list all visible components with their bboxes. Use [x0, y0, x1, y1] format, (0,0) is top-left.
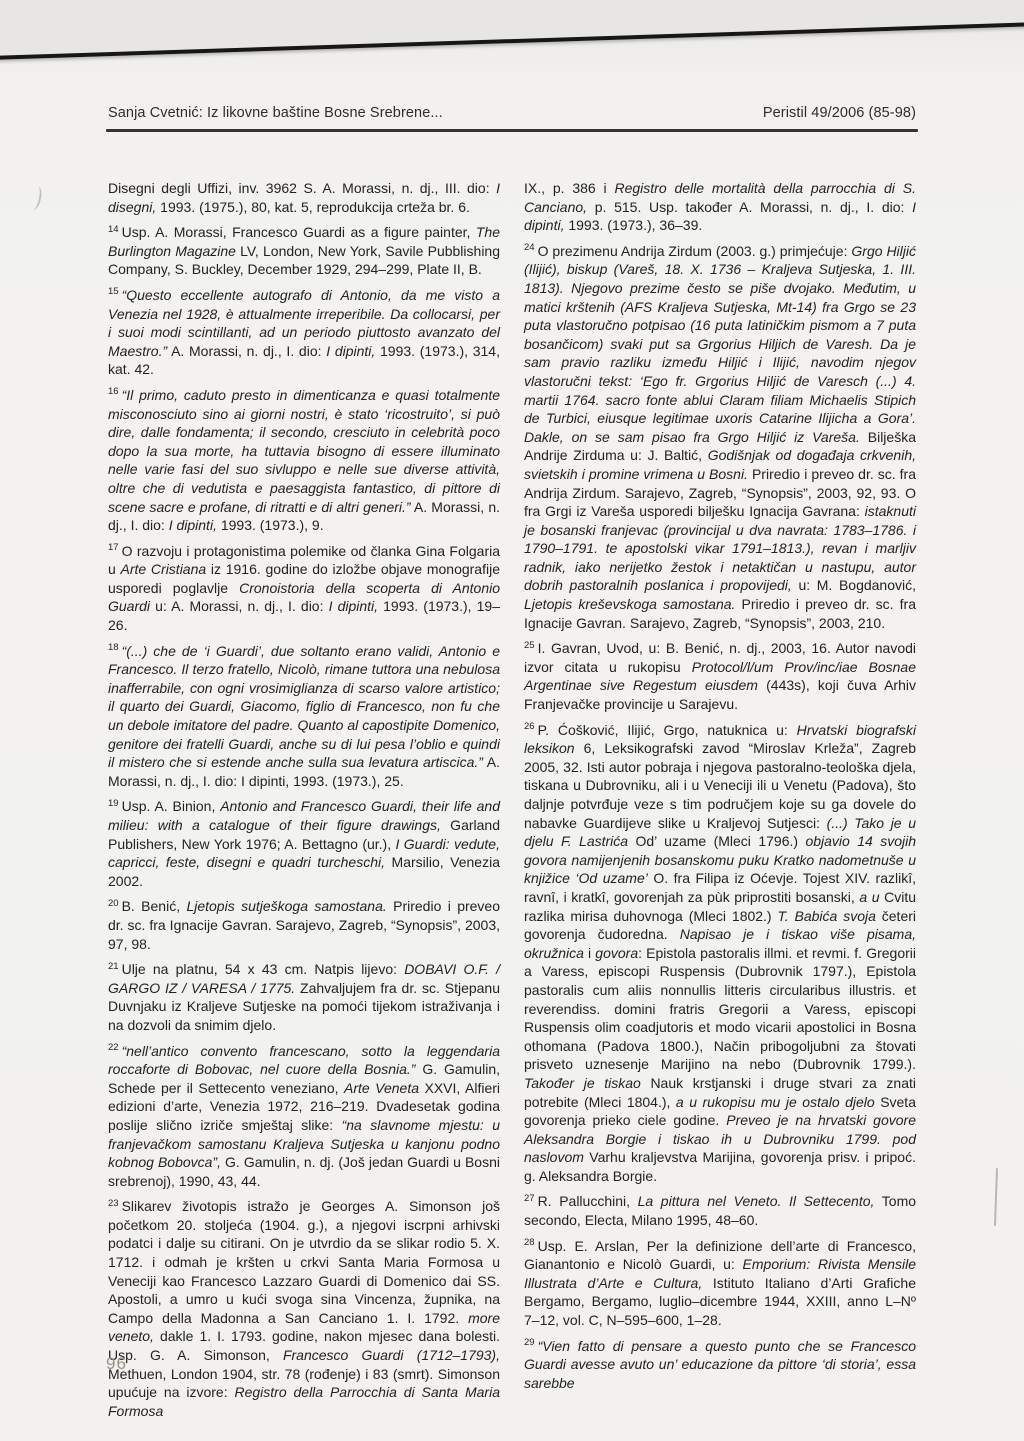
- footnote-text: 1993. (1975.), 80, kat. 5, reprodukcija …: [156, 199, 470, 215]
- footnote-29: 29“Vien fatto di pensare a questo punto …: [524, 1337, 916, 1393]
- footnote-number: 18: [108, 642, 119, 653]
- footnote-text-italic: La pittura nel Veneto. Il Settecento,: [638, 1193, 875, 1209]
- footnote-21: 21Ulje na platnu, 54 x 43 cm. Natpis lij…: [108, 960, 500, 1034]
- scan-edge-artifact: [0, 0, 1024, 60]
- footnote-text: : Epistola pastoralis illmi. et revmi. f…: [524, 945, 916, 1073]
- footnote-15: 15“Questo eccellente autografo di Antoni…: [108, 286, 500, 379]
- left-column: Disegni degli Uffizi, inv. 3962 S. A. Mo…: [108, 179, 500, 1427]
- footnote-text: u: M. Bogdanović,: [792, 577, 916, 593]
- footnote-number: 21: [108, 961, 119, 972]
- footnote-19: 19Usp. A. Binion, Antonio and Francesco …: [108, 797, 500, 890]
- footnote-number: 26: [524, 721, 535, 732]
- footnote-text-italic: Francesco Guardi (1712–1793),: [283, 1347, 500, 1363]
- footnote-14: 14Usp. A. Morassi, Francesco Guardi as a…: [108, 223, 500, 279]
- footnote-28: 28Usp. E. Arslan, Per la definizione del…: [524, 1237, 916, 1330]
- footnote-27: 27R. Pallucchini, La pittura nel Veneto.…: [524, 1192, 916, 1229]
- footnote-number: 29: [524, 1337, 535, 1348]
- footnote-number: 16: [108, 386, 119, 397]
- footnote-text-italic: Arte Veneta: [344, 1080, 419, 1096]
- footnote-text-italic: govora: [595, 945, 638, 961]
- footnote-text: u: A. Morassi, n. dj., I. dio:: [150, 598, 329, 614]
- footnote-text-italic: a u rukopisu mu je ostalo djelo: [676, 1094, 875, 1110]
- footnote-text-italic: Također je tiskao: [524, 1075, 641, 1091]
- footnote-18: 18“(...) che de ‘i Guardi’, due soltanto…: [108, 642, 500, 791]
- footnote-text: B. Benić,: [122, 898, 187, 914]
- paper-crease-artifact: [994, 1168, 998, 1226]
- footnote-number: 19: [108, 798, 119, 809]
- footnote-number: 23: [108, 1198, 119, 1209]
- scanned-journal-page: Sanja Cvetnić: Iz likovne baštine Bosne …: [0, 0, 1024, 1441]
- footnote-24: 24O prezimenu Andrija Zirdum (2003. g.) …: [524, 242, 916, 632]
- footnote-text: 1993. (1973.), 36–39.: [564, 217, 702, 233]
- footnote-text: A. Morassi, n. dj., I. dio:: [167, 343, 326, 359]
- footnote-number: 27: [524, 1193, 535, 1204]
- footnote-text: O prezimenu Andrija Zirdum (2003. g.) pr…: [538, 243, 852, 259]
- footnote-text-italic: T. Babića svoja: [777, 908, 875, 924]
- footnote-continuation: Disegni degli Uffizi, inv. 3962 S. A. Mo…: [108, 179, 500, 216]
- footnote-text-italic: a u: [859, 889, 879, 905]
- footnote-text: Disegni degli Uffizi, inv. 3962 S. A. Mo…: [108, 180, 496, 196]
- footnote-number: 20: [108, 898, 119, 909]
- footnote-text: R. Pallucchini,: [538, 1193, 638, 1209]
- footnote-text-italic: I dipinti,: [326, 343, 375, 359]
- footnote-number: 14: [108, 224, 119, 235]
- footnote-text-italic: Grgo Hiljić (Ilijić), biskup (Vareš, 18.…: [524, 243, 916, 445]
- footnote-number: 17: [108, 542, 119, 553]
- footnote-continuation: IX., p. 386 i Registro delle mortalità d…: [524, 179, 916, 235]
- footnote-number: 28: [524, 1237, 535, 1248]
- header-divider-rule: [106, 129, 918, 132]
- running-header-author-title: Sanja Cvetnić: Iz likovne baštine Bosne …: [108, 105, 443, 121]
- footnote-22: 22“nell’antico convento francescano, sot…: [108, 1042, 500, 1191]
- footnote-17: 17O razvoju i protagonistima polemike od…: [108, 542, 500, 635]
- footnote-text: Usp. A. Binion,: [122, 798, 221, 814]
- footnote-16: 16“Il primo, caduto presto in dimentican…: [108, 386, 500, 535]
- footnotes-area: Disegni degli Uffizi, inv. 3962 S. A. Mo…: [108, 179, 916, 1427]
- footnote-text-italic: “(...) che de ‘i Guardi’, due soltanto e…: [108, 643, 500, 771]
- footnote-number: 24: [524, 242, 535, 253]
- footnote-text-italic: “Vien fatto di pensare a questo punto ch…: [524, 1338, 916, 1391]
- footnote-text-italic: Arte Cristiana: [121, 561, 207, 577]
- footnote-text: P. Ćošković, Ilijić, Grgo, natuknica u:: [538, 722, 797, 738]
- footnote-text: Slikarev životopis istražo je Georges A.…: [108, 1198, 500, 1326]
- footnote-number: 25: [524, 640, 535, 651]
- running-header: Sanja Cvetnić: Iz likovne baštine Bosne …: [108, 105, 916, 121]
- footnote-number: 22: [108, 1042, 119, 1053]
- footnote-text: Ulje na platnu, 54 x 43 cm. Natpis lijev…: [122, 961, 405, 977]
- footnote-text: p. 515. Usp. također A. Morassi, n. dj.,…: [587, 199, 912, 215]
- footnote-text-italic: I dipinti,: [329, 598, 378, 614]
- footnote-text-italic: Ljetopis sutješkoga samostana.: [186, 898, 386, 914]
- footnote-text-italic: “Il primo, caduto presto in dimenticanza…: [108, 387, 500, 515]
- pencil-margin-mark: [28, 185, 44, 211]
- footnote-text-italic: Ljetopis kreševskoga samostana.: [524, 596, 735, 612]
- footnote-number: 15: [108, 286, 119, 297]
- right-column: IX., p. 386 i Registro delle mortalità d…: [524, 179, 916, 1427]
- footnote-text: 1993. (1973.), 9.: [217, 517, 324, 533]
- footnote-text: Od’ uzame (Mleci 1796.): [628, 833, 805, 849]
- footnote-23: 23Slikarev životopis istražo je Georges …: [108, 1197, 500, 1420]
- footnote-text: i: [584, 945, 595, 961]
- footnote-20: 20B. Benić, Ljetopis sutješkoga samostan…: [108, 897, 500, 953]
- footnote-text-italic: I dipinti,: [169, 517, 217, 533]
- running-header-journal-ref: Peristil 49/2006 (85-98): [763, 105, 916, 121]
- footnote-26: 26P. Ćošković, Ilijić, Grgo, natuknica u…: [524, 721, 916, 1186]
- page-number: 96: [106, 1354, 127, 1374]
- footnote-text: Usp. A. Morassi, Francesco Guardi as a f…: [122, 224, 476, 240]
- footnote-text: IX., p. 386 i: [524, 180, 615, 196]
- footnote-25: 25I. Gavran, Uvod, u: B. Benić, n. dj., …: [524, 639, 916, 713]
